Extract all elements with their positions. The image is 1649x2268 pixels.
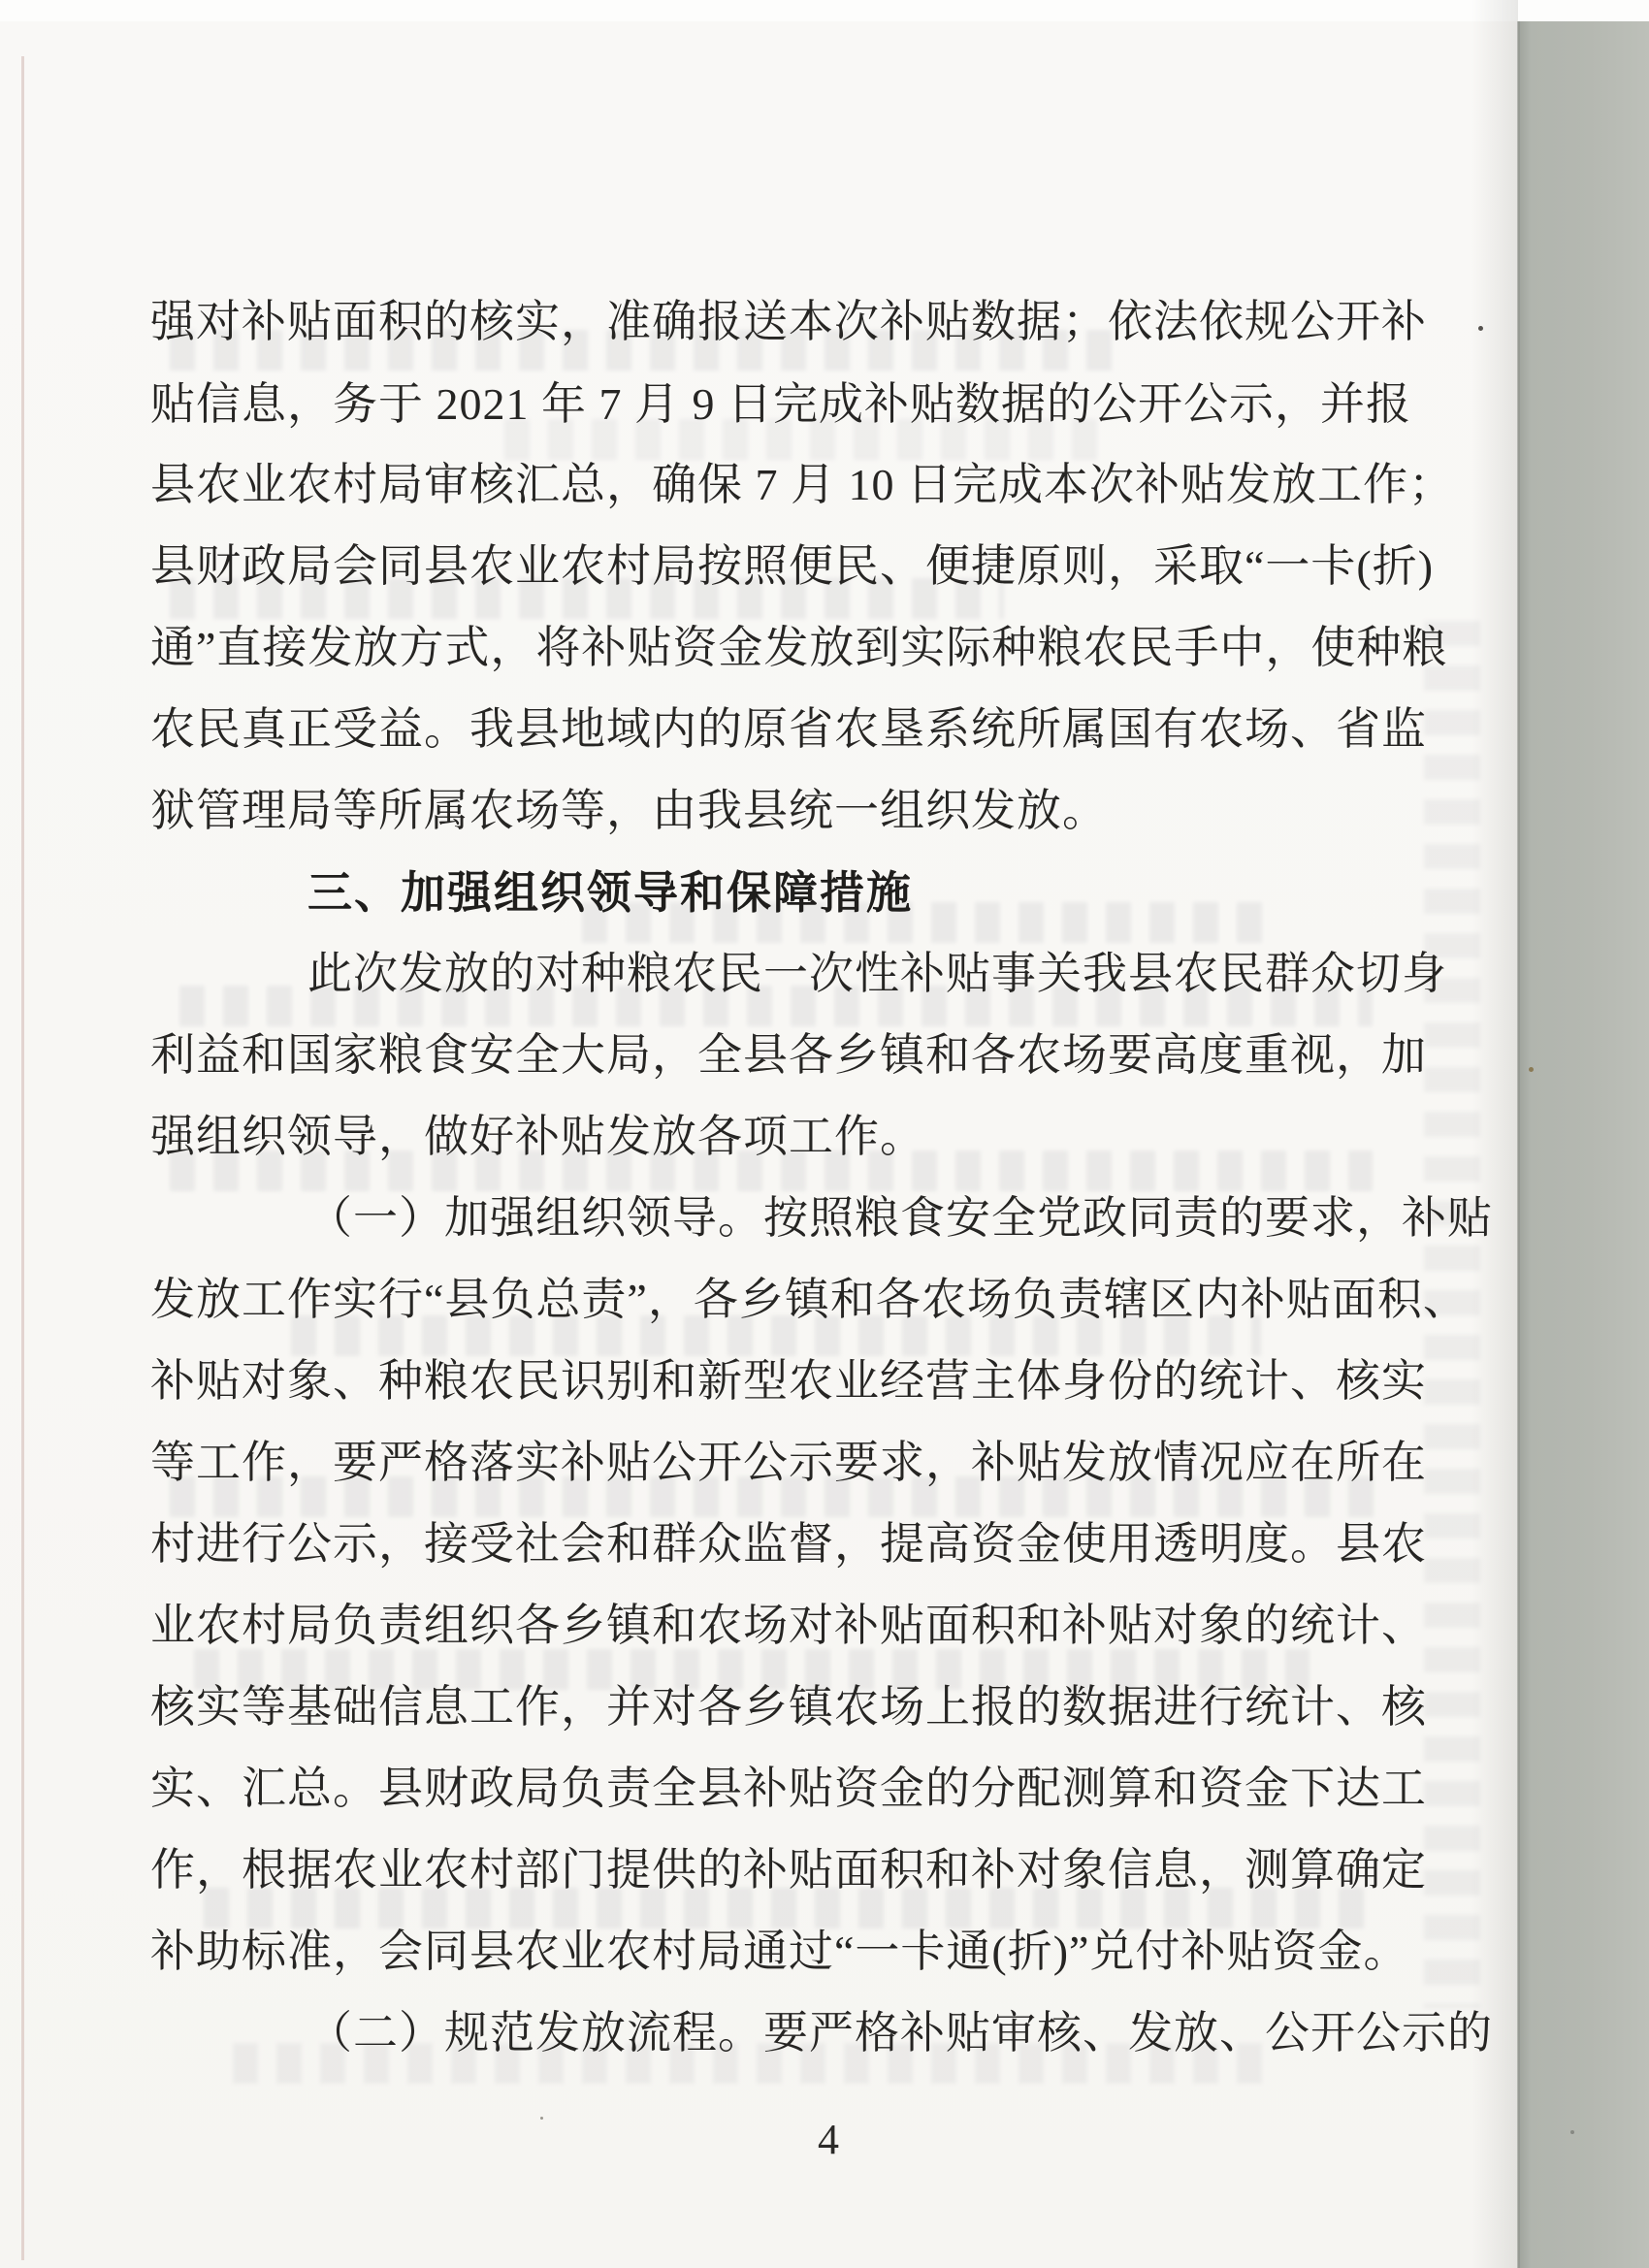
text-line: 补贴对象、种粮农民识别和新型农业经营主体身份的统计、核实 xyxy=(150,1348,1406,1416)
dust-speck xyxy=(1478,326,1483,331)
text-line: 狱管理局等所属农场等，由我县统一组织发放。 xyxy=(150,778,1406,846)
section-heading: 三、加强组织领导和保障措施 xyxy=(150,859,1406,927)
dust-speck xyxy=(540,2117,543,2120)
text-line: 发放工作实行“县负总责”，各乡镇和各农场负责辖区内补贴面积、 xyxy=(150,1267,1406,1335)
text-line: 通”直接发放方式，将补贴资金发放到实际种粮农民手中，使种粮 xyxy=(150,615,1406,683)
text-line: 此次发放的对种粮农民一次性补贴事关我县农民群众切身 xyxy=(150,941,1406,1009)
text-line: 等工作，要严格落实补贴公开公示要求，补贴发放情况应在所在 xyxy=(150,1430,1406,1498)
text-line: 县财政局会同县农业农村局按照便民、便捷原则，采取“一卡(折) xyxy=(150,534,1406,601)
text-line: 作，根据农业农村部门提供的补贴面积和补对象信息，测算确定 xyxy=(150,1837,1406,1905)
text-line: 村进行公示，接受社会和群众监督，提高资金使用透明度。县农 xyxy=(150,1511,1406,1579)
text-line: （一）加强组织领导。按照粮食安全党政同责的要求，补贴 xyxy=(150,1185,1406,1253)
text-line: 实、汇总。县财政局负责全县补贴资金的分配测算和资金下达工 xyxy=(150,1756,1406,1824)
scan-edge-band xyxy=(1518,21,1649,2268)
page-number: 4 xyxy=(788,2113,869,2167)
text-line: 贴信息，务于 2021 年 7 月 9 日完成补贴数据的公开公示，并报 xyxy=(150,372,1406,439)
scan-top-strip xyxy=(0,0,1649,21)
text-line: 强对补贴面积的核实，准确报送本次补贴数据；依法依规公开补 xyxy=(150,289,1406,357)
text-line: 补助标准，会同县农业农村局通过“一卡通(折)”兑付补贴资金。 xyxy=(150,1919,1406,1987)
left-guide-line xyxy=(21,56,24,2260)
text-line: 利益和国家粮食安全大局，全县各乡镇和各农场要高度重视，加 xyxy=(150,1022,1406,1090)
text-line: 县农业农村局审核汇总，确保 7 月 10 日完成本次补贴发放工作； xyxy=(150,452,1406,520)
dust-speck xyxy=(1570,2130,1574,2134)
text-line: 农民真正受益。我县地域内的原省农垦系统所属国有农场、省监 xyxy=(150,697,1406,764)
text-line: （二）规范发放流程。要严格补贴审核、发放、公开公示的 xyxy=(150,2000,1406,2068)
dust-speck xyxy=(1529,1067,1534,1072)
text-line: 强组织领导，做好补贴发放各项工作。 xyxy=(150,1104,1406,1172)
text-line: 业农村局负责组织各乡镇和农场对补贴面积和补贴对象的统计、 xyxy=(150,1593,1406,1661)
text-line: 核实等基础信息工作，并对各乡镇农场上报的数据进行统计、核 xyxy=(150,1674,1406,1742)
